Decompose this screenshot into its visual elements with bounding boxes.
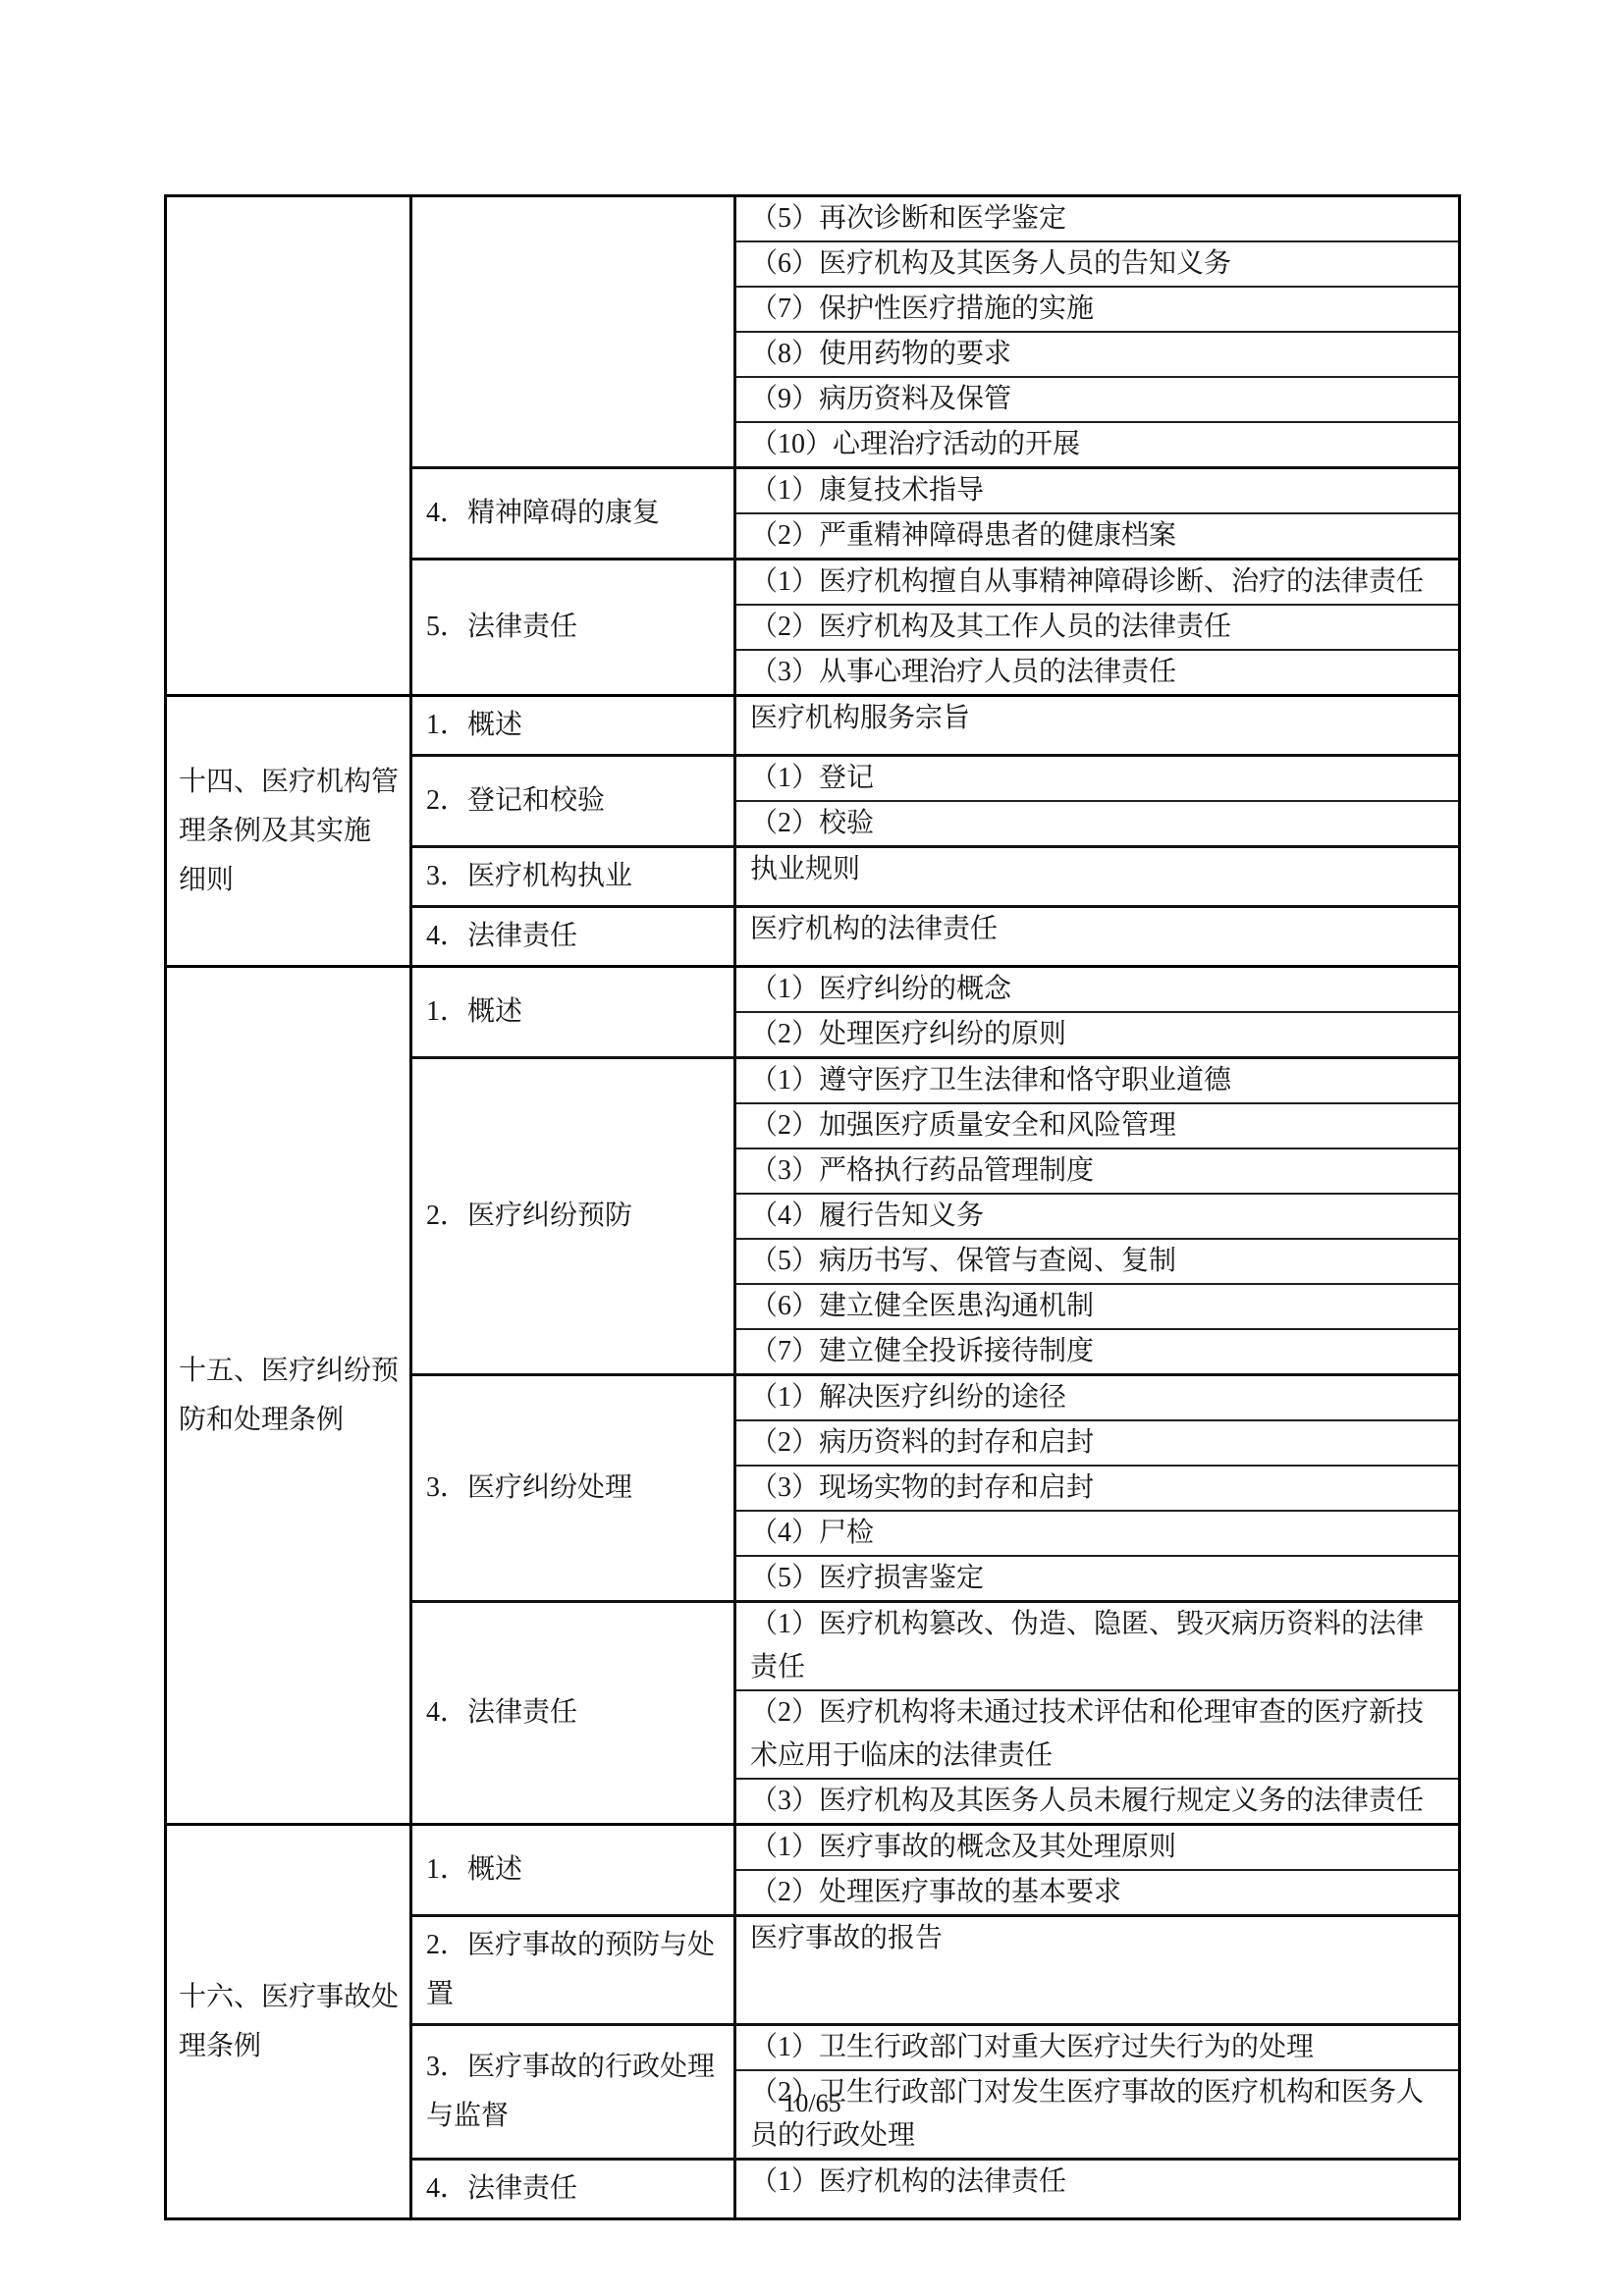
chapter-cell: 十五、医疗纠纷预 防和处理条例 bbox=[167, 968, 412, 1823]
item-cell: （4）履行告知义务 bbox=[736, 1195, 1458, 1240]
section-row: 1．概述（1）医疗事故的概念及其处理原则（2）处理医疗事故的基本要求 bbox=[412, 1826, 1458, 1917]
section-row: 1．概述（1）医疗纠纷的概念（2）处理医疗纠纷的原则 bbox=[412, 968, 1458, 1059]
item-cell: （1）医疗事故的概念及其处理原则 bbox=[736, 1826, 1458, 1871]
section-cell: 2．医疗事故的预防与处 置 bbox=[412, 1917, 736, 2023]
item-cell: 医疗事故的报告 bbox=[736, 1917, 1458, 1960]
item-cell: （1）医疗机构篡改、伪造、隐匿、毁灭病历资料的法律责任 bbox=[736, 1603, 1458, 1691]
items-column: （1）康复技术指导（2）严重精神障碍患者的健康档案 bbox=[736, 469, 1458, 558]
item-cell: （3）医疗机构及其医务人员未履行规定义务的法律责任 bbox=[736, 1780, 1458, 1823]
item-cell: （6）建立健全医患沟通机制 bbox=[736, 1285, 1458, 1330]
items-column: （1）医疗纠纷的概念（2）处理医疗纠纷的原则 bbox=[736, 968, 1458, 1056]
item-cell: （6）医疗机构及其医务人员的告知义务 bbox=[736, 242, 1458, 288]
items-column: （1）遵守医疗卫生法律和恪守职业道德（2）加强医疗质量安全和风险管理（3）严格执… bbox=[736, 1059, 1458, 1373]
section-row: 1．概述医疗机构服务宗旨 bbox=[412, 697, 1458, 757]
item-cell: （1）解决医疗纠纷的途径 bbox=[736, 1376, 1458, 1421]
item-cell: （1）遵守医疗卫生法律和恪守职业道德 bbox=[736, 1059, 1458, 1104]
table-group: 十五、医疗纠纷预 防和处理条例1．概述（1）医疗纠纷的概念（2）处理医疗纠纷的原… bbox=[167, 968, 1458, 1826]
item-cell: （5）病历书写、保管与查阅、复制 bbox=[736, 1240, 1458, 1285]
items-column: 医疗机构的法律责任 bbox=[736, 908, 1458, 965]
section-cell: 4．精神障碍的康复 bbox=[412, 469, 736, 558]
section-cell: 2．医疗纠纷预防 bbox=[412, 1059, 736, 1373]
item-cell: （8）使用药物的要求 bbox=[736, 333, 1458, 378]
item-cell: （2）病历资料的封存和启封 bbox=[736, 1421, 1458, 1467]
item-cell: （5）医疗损害鉴定 bbox=[736, 1557, 1458, 1600]
section-cell: 5．法律责任 bbox=[412, 561, 736, 694]
item-cell: （2）校验 bbox=[736, 802, 1458, 845]
item-cell: 执业规则 bbox=[736, 848, 1458, 891]
item-cell: （2）严重精神障碍患者的健康档案 bbox=[736, 514, 1458, 558]
item-cell: （2）处理医疗事故的基本要求 bbox=[736, 1871, 1458, 1914]
sections-column: 1．概述（1）医疗事故的概念及其处理原则（2）处理医疗事故的基本要求2．医疗事故… bbox=[412, 1826, 1458, 2217]
sections-column: 1．概述医疗机构服务宗旨2．登记和校验（1）登记（2）校验3．医疗机构执业执业规… bbox=[412, 697, 1458, 965]
items-column: 执业规则 bbox=[736, 848, 1458, 905]
item-cell: （10）心理治疗活动的开展 bbox=[736, 423, 1458, 466]
item-cell: （3）现场实物的封存和启封 bbox=[736, 1467, 1458, 1512]
item-cell: （3）从事心理治疗人员的法律责任 bbox=[736, 651, 1458, 694]
item-cell: （7）建立健全投诉接待制度 bbox=[736, 1330, 1458, 1373]
items-column: （1）医疗机构的法律责任 bbox=[736, 2161, 1458, 2217]
section-row: 2．登记和校验（1）登记（2）校验 bbox=[412, 757, 1458, 848]
section-cell: 3．医疗纠纷处理 bbox=[412, 1376, 736, 1600]
section-row: 2．医疗事故的预防与处 置医疗事故的报告 bbox=[412, 1917, 1458, 2026]
section-row: 4．法律责任（1）医疗机构的法律责任 bbox=[412, 2161, 1458, 2217]
section-cell: 4．法律责任 bbox=[412, 2161, 736, 2217]
chapter-cell: 十四、医疗机构管 理条例及其实施 细则 bbox=[167, 697, 412, 965]
section-row: 4．精神障碍的康复（1）康复技术指导（2）严重精神障碍患者的健康档案 bbox=[412, 469, 1458, 561]
item-cell: （2）处理医疗纠纷的原则 bbox=[736, 1013, 1458, 1056]
item-cell: （7）保护性医疗措施的实施 bbox=[736, 288, 1458, 333]
item-cell: （2）加强医疗质量安全和风险管理 bbox=[736, 1104, 1458, 1149]
section-cell: 4．法律责任 bbox=[412, 908, 736, 965]
section-row: （5）再次诊断和医学鉴定（6）医疗机构及其医务人员的告知义务（7）保护性医疗措施… bbox=[412, 197, 1458, 469]
item-cell: （1）医疗机构擅自从事精神障碍诊断、治疗的法律责任 bbox=[736, 561, 1458, 606]
item-cell: （9）病历资料及保管 bbox=[736, 378, 1458, 423]
items-column: （1）登记（2）校验 bbox=[736, 757, 1458, 845]
sections-column: 1．概述（1）医疗纠纷的概念（2）处理医疗纠纷的原则2．医疗纠纷预防（1）遵守医… bbox=[412, 968, 1458, 1823]
section-row: 4．法律责任（1）医疗机构篡改、伪造、隐匿、毁灭病历资料的法律责任（2）医疗机构… bbox=[412, 1603, 1458, 1823]
items-column: （1）解决医疗纠纷的途径（2）病历资料的封存和启封（3）现场实物的封存和启封（4… bbox=[736, 1376, 1458, 1600]
item-cell: （1）康复技术指导 bbox=[736, 469, 1458, 514]
syllabus-table: （5）再次诊断和医学鉴定（6）医疗机构及其医务人员的告知义务（7）保护性医疗措施… bbox=[164, 194, 1461, 2220]
section-cell bbox=[412, 197, 736, 466]
item-cell: （1）医疗机构的法律责任 bbox=[736, 2161, 1458, 2204]
document-page: （5）再次诊断和医学鉴定（6）医疗机构及其医务人员的告知义务（7）保护性医疗措施… bbox=[0, 0, 1624, 2296]
section-row: 2．医疗纠纷预防（1）遵守医疗卫生法律和恪守职业道德（2）加强医疗质量安全和风险… bbox=[412, 1059, 1458, 1376]
item-cell: 医疗机构的法律责任 bbox=[736, 908, 1458, 951]
section-row: 4．法律责任医疗机构的法律责任 bbox=[412, 908, 1458, 965]
items-column: 医疗机构服务宗旨 bbox=[736, 697, 1458, 754]
item-cell: （2）医疗机构将未通过技术评估和伦理审查的医疗新技术应用于临床的法律责任 bbox=[736, 1691, 1458, 1780]
item-cell: （1）卫生行政部门对重大医疗过失行为的处理 bbox=[736, 2026, 1458, 2071]
items-column: 医疗事故的报告 bbox=[736, 1917, 1458, 2023]
section-row: 3．医疗纠纷处理（1）解决医疗纠纷的途径（2）病历资料的封存和启封（3）现场实物… bbox=[412, 1376, 1458, 1603]
items-column: （5）再次诊断和医学鉴定（6）医疗机构及其医务人员的告知义务（7）保护性医疗措施… bbox=[736, 197, 1458, 466]
section-cell: 1．概述 bbox=[412, 1826, 736, 1914]
section-row: 3．医疗机构执业执业规则 bbox=[412, 848, 1458, 908]
section-cell: 4．法律责任 bbox=[412, 1603, 736, 1823]
table-group: （5）再次诊断和医学鉴定（6）医疗机构及其医务人员的告知义务（7）保护性医疗措施… bbox=[167, 197, 1458, 697]
table-group: 十四、医疗机构管 理条例及其实施 细则1．概述医疗机构服务宗旨2．登记和校验（1… bbox=[167, 697, 1458, 968]
item-cell: （2）医疗机构及其工作人员的法律责任 bbox=[736, 606, 1458, 651]
page-number: 10/65 bbox=[0, 2089, 1624, 2118]
chapter-cell bbox=[167, 197, 412, 694]
section-cell: 1．概述 bbox=[412, 697, 736, 754]
items-column: （1）医疗机构篡改、伪造、隐匿、毁灭病历资料的法律责任（2）医疗机构将未通过技术… bbox=[736, 1603, 1458, 1823]
section-cell: 1．概述 bbox=[412, 968, 736, 1056]
item-cell: （3）严格执行药品管理制度 bbox=[736, 1149, 1458, 1195]
section-cell: 2．登记和校验 bbox=[412, 757, 736, 845]
item-cell: （1）医疗纠纷的概念 bbox=[736, 968, 1458, 1013]
items-column: （1）医疗机构擅自从事精神障碍诊断、治疗的法律责任（2）医疗机构及其工作人员的法… bbox=[736, 561, 1458, 694]
item-cell: 医疗机构服务宗旨 bbox=[736, 697, 1458, 740]
item-cell: （5）再次诊断和医学鉴定 bbox=[736, 197, 1458, 242]
sections-column: （5）再次诊断和医学鉴定（6）医疗机构及其医务人员的告知义务（7）保护性医疗措施… bbox=[412, 197, 1458, 694]
chapter-cell: 十六、医疗事故处 理条例 bbox=[167, 1826, 412, 2217]
items-column: （1）医疗事故的概念及其处理原则（2）处理医疗事故的基本要求 bbox=[736, 1826, 1458, 1914]
item-cell: （1）登记 bbox=[736, 757, 1458, 802]
section-row: 5．法律责任（1）医疗机构擅自从事精神障碍诊断、治疗的法律责任（2）医疗机构及其… bbox=[412, 561, 1458, 694]
item-cell: （4）尸检 bbox=[736, 1512, 1458, 1557]
table-group: 十六、医疗事故处 理条例1．概述（1）医疗事故的概念及其处理原则（2）处理医疗事… bbox=[167, 1826, 1458, 2217]
section-cell: 3．医疗机构执业 bbox=[412, 848, 736, 905]
